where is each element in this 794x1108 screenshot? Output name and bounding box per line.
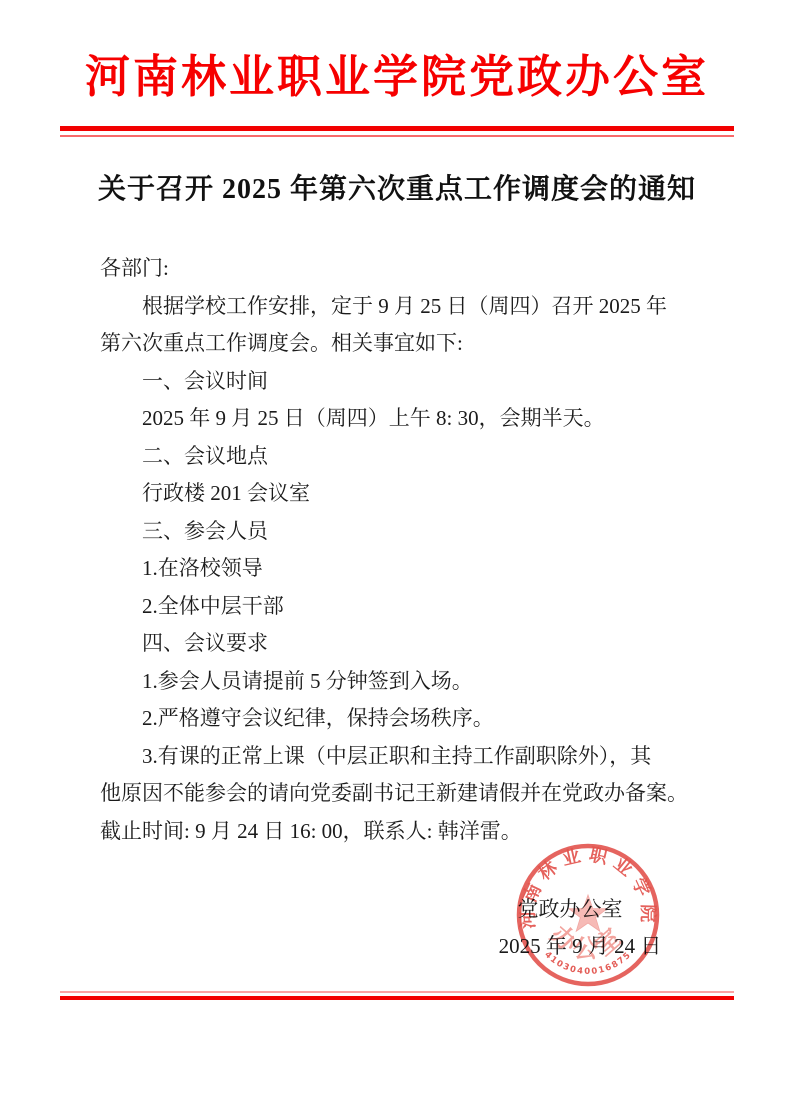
footer-rule-thin bbox=[60, 991, 734, 993]
letterhead-rule-thin bbox=[60, 135, 734, 137]
body-line: 2.全体中层干部 bbox=[100, 588, 704, 626]
body-line: 2.严格遵守会议纪律，保持会场秩序。 bbox=[100, 700, 704, 738]
letterhead-rule-thick bbox=[60, 126, 734, 131]
body-line: 3.有课的正常上课（中层正职和主持工作副职除外），其 bbox=[100, 738, 704, 776]
letterhead-org-name: 河南林业职业学院党政办公室 bbox=[0, 46, 794, 108]
body-line: 2025 年 9 月 25 日（周四）上午 8: 30，会期半天。 bbox=[100, 400, 704, 438]
body-line: 1.参会人员请提前 5 分钟签到入场。 bbox=[100, 663, 704, 701]
signature-office: 党政办公室 bbox=[470, 897, 670, 921]
body-line: 根据学校工作安排，定于 9 月 25 日（周四）召开 2025 年 bbox=[100, 288, 704, 326]
body-line: 他原因不能参会的请向党委副书记王新建请假并在党政办备案。 bbox=[100, 775, 704, 813]
footer-rule-thick bbox=[60, 996, 734, 1000]
document-page: 河南林业职业学院党政办公室 关于召开 2025 年第六次重点工作调度会的通知 各… bbox=[0, 0, 794, 1108]
body-line-deadline: 截止时间: 9 月 24 日 16: 00，联系人: 韩洋雷。 bbox=[100, 813, 704, 851]
body-line: 行政楼 201 会议室 bbox=[100, 475, 704, 513]
body-line: 第六次重点工作调度会。相关事宜如下: bbox=[100, 325, 704, 363]
body-line-section-2: 二、会议地点 bbox=[100, 438, 704, 476]
body-line-salutation: 各部门: bbox=[100, 250, 704, 288]
body-line-section-1: 一、会议时间 bbox=[100, 363, 704, 401]
body-line-section-3: 三、参会人员 bbox=[100, 513, 704, 551]
signature-date: 2025 年 9 月 24 日 bbox=[460, 934, 700, 958]
body-line-section-4: 四、会议要求 bbox=[100, 625, 704, 663]
notice-body: 各部门: 根据学校工作安排，定于 9 月 25 日（周四）召开 2025 年 第… bbox=[100, 250, 704, 850]
body-line: 1.在洛校领导 bbox=[100, 550, 704, 588]
notice-title: 关于召开 2025 年第六次重点工作调度会的通知 bbox=[0, 168, 794, 212]
